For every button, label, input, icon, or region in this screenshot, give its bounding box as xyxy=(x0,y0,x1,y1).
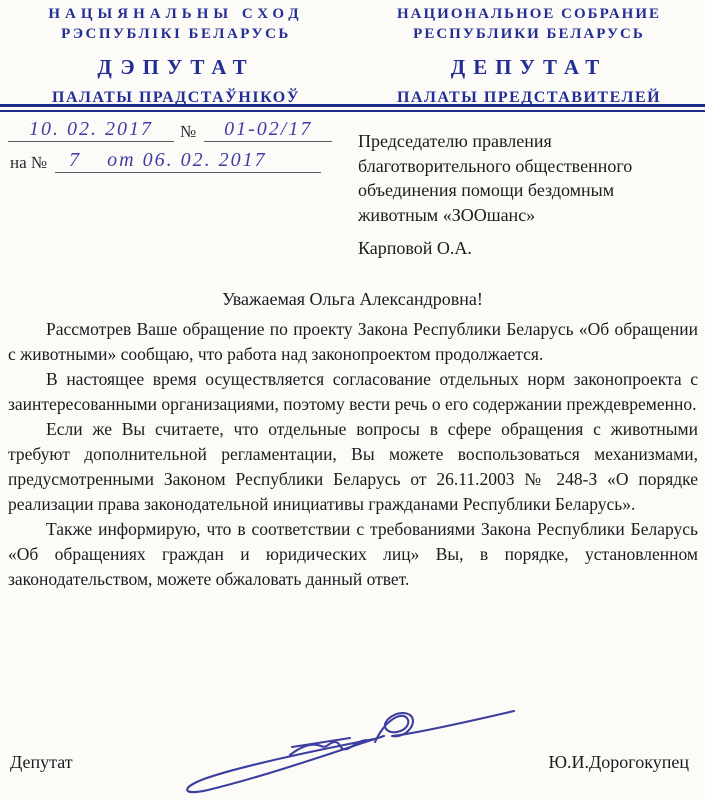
addressee-line: благотворительного общественного xyxy=(358,154,703,179)
signature-flourish-stroke xyxy=(375,711,514,742)
addressee-block: Председателю правления благотворительног… xyxy=(358,129,703,261)
outgoing-date-field: 10. 02. 2017 xyxy=(8,118,174,142)
letterhead-russian: НАЦИОНАЛЬНОЕ СОБРАНИЕ РЕСПУБЛИКИ БЕЛАРУС… xyxy=(363,0,695,107)
letterhead-belarusian: НАЦЫЯНАЛЬНЫ СХОД РЭСПУБЛІКІ БЕЛАРУСЬ ДЭП… xyxy=(10,0,342,107)
incoming-number-handwritten: 7 xyxy=(69,149,81,171)
signature-autograph xyxy=(178,706,516,798)
letterhead-left-deputy-title: ДЭПУТАТ xyxy=(10,55,342,80)
letterhead-double-rule xyxy=(0,104,705,112)
reference-row-incoming: на № 7от 06. 02. 2017 xyxy=(8,149,353,173)
letterhead-right-org-line2: РЕСПУБЛИКИ БЕЛАРУСЬ xyxy=(363,26,695,43)
outgoing-number-handwritten: 01-02/17 xyxy=(224,118,312,140)
reply-to-label: на № xyxy=(8,153,49,173)
signer-position-label: Депутат xyxy=(10,752,73,773)
outgoing-date-handwritten: 10. 02. 2017 xyxy=(29,118,153,140)
letterhead-left-org-line1: НАЦЫЯНАЛЬНЫ СХОД xyxy=(10,6,342,23)
body-paragraph-2: В настоящее время осуществляется согласо… xyxy=(8,367,698,417)
addressee-line: объединения помощи бездомным xyxy=(358,178,703,203)
addressee-name: Карповой О.А. xyxy=(358,236,703,261)
letter-body: Рассмотрев Ваше обращение по проекту Зак… xyxy=(8,317,698,592)
body-paragraph-4: Также информирую, что в соответствии с т… xyxy=(8,517,698,592)
letterhead-right-org-line1: НАЦИОНАЛЬНОЕ СОБРАНИЕ xyxy=(363,6,695,23)
signer-name: Ю.И.Дорогокупец xyxy=(549,752,689,773)
incoming-date-handwritten: от 06. 02. 2017 xyxy=(107,149,266,171)
salutation: Уважаемая Ольга Александровна! xyxy=(0,289,705,310)
reference-row-outgoing: 10. 02. 2017 № 01-02/17 xyxy=(8,118,353,142)
letterhead-left-org-line2: РЭСПУБЛІКІ БЕЛАРУСЬ xyxy=(10,26,342,43)
number-sign-label: № xyxy=(174,122,198,142)
scanned-letter-page: НАЦЫЯНАЛЬНЫ СХОД РЭСПУБЛІКІ БЕЛАРУСЬ ДЭП… xyxy=(0,0,705,800)
reference-block: 10. 02. 2017 № 01-02/17 на № 7от 06. 02.… xyxy=(8,118,353,173)
body-paragraph-1: Рассмотрев Ваше обращение по проекту Зак… xyxy=(8,317,698,367)
letterhead-right-deputy-title: ДЕПУТАТ xyxy=(363,55,695,80)
body-paragraph-3: Если же Вы считаете, что отдельные вопро… xyxy=(8,417,698,517)
outgoing-number-field: 01-02/17 xyxy=(204,118,332,142)
addressee-line: Председателю правления xyxy=(358,129,703,154)
addressee-line: животным «ЗООшанс» xyxy=(358,203,703,228)
incoming-reference-field: 7от 06. 02. 2017 xyxy=(55,149,321,173)
